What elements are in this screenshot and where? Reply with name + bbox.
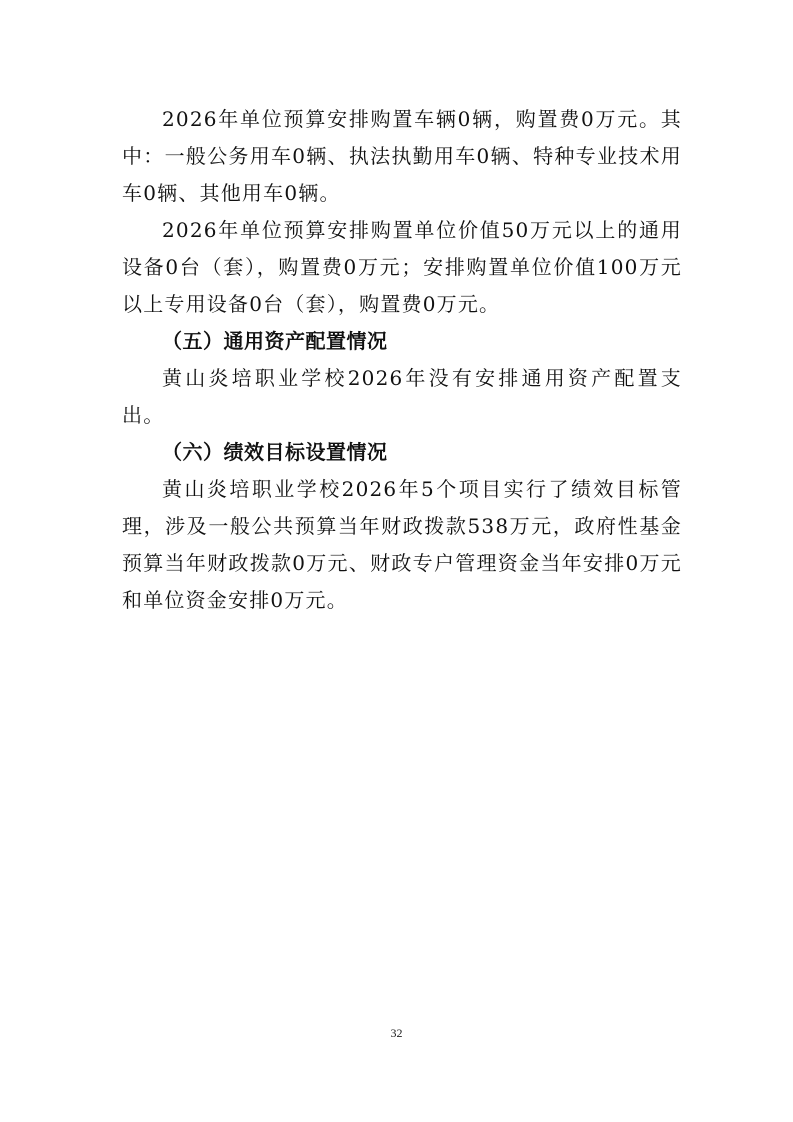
page-content: 2026年单位预算安排购置车辆0辆，购置费0万元。其中：一般公务用车0辆、执法执… (122, 101, 682, 619)
paragraph-performance-targets: 黄山炎培职业学校2026年5个项目实行了绩效目标管理，涉及一般公共预算当年财政拨… (122, 471, 682, 619)
page-number: 32 (0, 1026, 793, 1041)
paragraph-vehicle-purchase: 2026年单位预算安排购置车辆0辆，购置费0万元。其中：一般公务用车0辆、执法执… (122, 101, 682, 212)
paragraph-general-asset-allocation: 黄山炎培职业学校2026年没有安排通用资产配置支出。 (122, 360, 682, 434)
heading-general-asset-allocation: （五）通用资产配置情况 (122, 323, 682, 360)
paragraph-equipment-purchase: 2026年单位预算安排购置单位价值50万元以上的通用设备0台（套），购置费0万元… (122, 212, 682, 323)
document-page: 2026年单位预算安排购置车辆0辆，购置费0万元。其中：一般公务用车0辆、执法执… (0, 0, 793, 1122)
heading-performance-targets: （六）绩效目标设置情况 (122, 434, 682, 471)
